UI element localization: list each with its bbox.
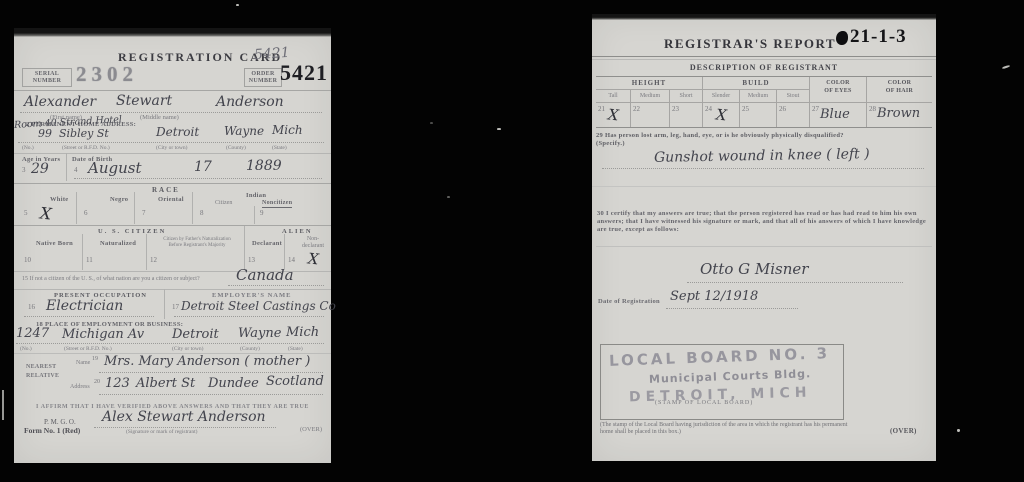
relative-address-country: Scotland: [266, 374, 324, 389]
home-address-no-street: 99 Sibley St: [38, 127, 109, 140]
divider: [76, 192, 77, 224]
divider: [244, 226, 245, 270]
registrars-report-card: REGISTRAR'S REPORT 21-1-3 DESCRIPTION OF…: [592, 14, 936, 461]
stout-label: Stout: [777, 90, 810, 103]
registrar-signature-underline: [687, 282, 903, 283]
occupation-value: Electrician: [46, 298, 123, 314]
form-number-line: Form No. 1 (Red): [24, 426, 80, 435]
registrar-signature: Otto G Misner: [700, 260, 808, 278]
dust-speck: [497, 128, 501, 130]
order-label-box: ORDER NUMBER: [244, 68, 282, 87]
relative-address-label: Address: [70, 384, 90, 391]
divider: [82, 234, 83, 270]
address-no-sublabel: (No.): [22, 145, 34, 152]
name-middle: Stewart: [116, 93, 172, 109]
slender-cell: 24X: [703, 103, 740, 127]
birth-underline: [74, 178, 322, 179]
question29-line1: 29 Has person lost arm, leg, hand, eye, …: [596, 132, 844, 139]
citizen-by-father-label: Citizen by Father's Naturalization Befor…: [154, 237, 240, 248]
birth-item-number: 4: [74, 166, 78, 174]
dust-speck: [1002, 65, 1010, 69]
relative-address-city: Dundee: [208, 376, 259, 391]
serial-number-value: 2302: [76, 62, 138, 87]
dust-speck: [447, 196, 450, 198]
divider: [254, 206, 255, 224]
alien-header: ALIEN: [282, 228, 313, 235]
employment-county: Wayne: [238, 326, 281, 341]
certification-paragraph: 30 I certify that my answers are true; t…: [597, 210, 931, 234]
form-org-line: P. M. G. O.: [44, 418, 76, 426]
stout-cell: 26: [777, 103, 810, 127]
hair-value: Brown: [877, 106, 920, 121]
divider: [134, 192, 135, 224]
name-first: Alexander: [24, 94, 96, 110]
citizen-by-father-number: 12: [150, 256, 157, 264]
order-label: ORDER NUMBER: [245, 71, 281, 85]
build-medium-cell: 25: [740, 103, 777, 127]
name-middle-sublabel: (Middle name): [140, 114, 179, 121]
divider: [146, 234, 147, 270]
employer-item-number: 17: [172, 303, 179, 311]
build-group-header: BUILD: [703, 77, 810, 90]
employment-underline: [16, 343, 324, 344]
employment-no-sublabel: (No.): [20, 346, 32, 353]
nondeclarant-mark: X: [307, 249, 320, 268]
employment-street: Michigan Av: [62, 327, 144, 342]
signature-underline: [94, 427, 276, 428]
employment-county-sublabel: (County): [240, 346, 260, 353]
name-last: Anderson: [216, 94, 284, 110]
question29-line2: (Specify.): [596, 140, 625, 147]
eyes-value: Blue: [820, 107, 850, 122]
board-stamp-box: LOCAL BOARD NO. 3 Municipal Courts Bldg.…: [600, 344, 844, 420]
relative-address-street: Albert St: [136, 376, 195, 391]
race-negro-label: Negro: [110, 196, 128, 203]
eyes-header: COLOR OF EYES: [810, 77, 867, 103]
birth-month: August: [88, 159, 141, 177]
dust-speck: [957, 429, 960, 432]
relative-name-underline: [99, 372, 323, 373]
declarant-label: Declarant: [252, 240, 282, 247]
naturalized-label: Naturalized: [100, 240, 136, 247]
race-negro-number: 6: [84, 209, 88, 217]
nearest-relative-label: NEAREST RELATIVE: [26, 364, 59, 380]
description-header: DESCRIPTION OF REGISTRANT: [592, 63, 936, 72]
nation-underline: [228, 285, 324, 286]
scan-edge-artifact: [2, 390, 4, 420]
over-note: (OVER): [300, 426, 322, 433]
divider: [192, 192, 193, 224]
employment-street-sublabel: (Street or R.F.D. No.): [64, 346, 112, 353]
home-address-city: Detroit: [156, 125, 199, 139]
race-white-label: White: [50, 196, 68, 203]
description-table: HEIGHT BUILD COLOR OF EYES COLOR OF HAIR…: [596, 76, 932, 128]
height-group-header: HEIGHT: [596, 77, 703, 90]
registration-card: REGISTRATION CARD 5421 SERIAL NUMBER 230…: [14, 28, 331, 463]
dust-speck: [236, 4, 239, 6]
divider: [592, 56, 936, 57]
native-born-number: 10: [24, 256, 31, 264]
employment-city-sublabel: (City or town): [172, 346, 203, 353]
address-underline: [18, 142, 324, 143]
age-item-number: 3: [22, 166, 26, 174]
native-born-label: Native Born: [36, 240, 73, 247]
race-citizen-number: 8: [200, 209, 204, 217]
race-white-number: 5: [24, 209, 28, 217]
serial-label-box: SERIAL NUMBER: [22, 68, 72, 87]
eyes-cell: 27Blue: [810, 103, 867, 127]
divider: [66, 153, 67, 181]
nondeclarant-label: Non- declarant: [302, 236, 324, 250]
date-underline: [666, 308, 798, 309]
registration-date-value: Sept 12/1918: [670, 289, 758, 304]
race-oriental-number: 7: [142, 209, 146, 217]
relative-address-number: 20: [94, 379, 100, 385]
birth-day: 17: [194, 159, 212, 175]
signature-sublabel: (Signature or mark of registrant): [126, 429, 197, 436]
dust-speck: [430, 122, 433, 124]
employer-value: Detroit Steel Castings Co: [181, 299, 336, 313]
slender-label: Slender: [703, 90, 740, 103]
registration-date-label: Date of Registration: [598, 298, 660, 305]
divider: [14, 289, 331, 290]
slender-mark: X: [715, 105, 728, 124]
race-oriental-label: Oriental: [158, 196, 184, 203]
declarant-number: 13: [248, 256, 255, 264]
stamp-box-caption: (The stamp of the Local Board having jur…: [600, 422, 850, 436]
hair-cell: 28Brown: [867, 103, 932, 127]
report-title: REGISTRAR'S REPORT: [664, 36, 836, 52]
ink-blob: [836, 31, 848, 45]
home-address-state: Mich: [272, 123, 303, 137]
divider: [14, 225, 331, 226]
race-indian-noncitizen-label: Noncitizen: [262, 200, 292, 208]
occupation-item-number: 16: [28, 303, 35, 311]
divider: [592, 186, 936, 187]
serial-label: SERIAL NUMBER: [23, 71, 71, 85]
hair-header: COLOR OF HAIR: [867, 77, 932, 103]
nation-question: 15 If not a citizen of the U. S., of wha…: [22, 276, 200, 283]
height-medium-cell: 22: [631, 103, 670, 127]
board-stamp-line3: DETROIT, MICH: [629, 385, 812, 406]
birth-year: 1889: [246, 158, 282, 174]
short-cell: 23: [670, 103, 703, 127]
build-medium-label: Medium: [740, 90, 777, 103]
relative-name-number: 19: [92, 356, 98, 362]
divider: [164, 289, 165, 319]
home-address-street: Sibley St: [59, 127, 109, 140]
tall-mark: X: [607, 105, 620, 124]
over-note: (OVER): [890, 428, 917, 435]
scan-shadow: [14, 28, 331, 37]
occupation-underline: [24, 316, 154, 317]
divider: [14, 183, 331, 184]
question29-answer: Gunshot wound in knee ( left ): [654, 146, 870, 166]
relative-address-underline: [99, 394, 323, 395]
relative-name-value: Mrs. Mary Anderson ( mother ): [104, 354, 310, 369]
board-code-value: 21-1-3: [850, 26, 907, 47]
relative-name-label: Name: [76, 360, 90, 367]
employment-city: Detroit: [172, 327, 219, 342]
registrant-signature: Alex Stewart Anderson: [102, 409, 266, 425]
short-label: Short: [670, 90, 703, 103]
nondeclarant-number: 14: [288, 256, 295, 264]
us-citizen-header: U. S. CITIZEN: [98, 228, 166, 235]
board-code-stamp: 21-1-3: [836, 26, 907, 48]
age-value: 29: [31, 161, 49, 177]
address-city-sublabel: (City or town): [156, 145, 187, 152]
naturalized-number: 11: [86, 256, 93, 264]
employer-underline: [174, 316, 324, 317]
race-header: RACE: [152, 186, 180, 194]
board-stamp-line2: Municipal Courts Bldg.: [649, 367, 812, 386]
divider: [592, 59, 936, 60]
employer-header: EMPLOYER'S NAME: [212, 292, 291, 299]
home-address-no: 99: [38, 127, 52, 140]
divider: [14, 153, 331, 154]
divider: [14, 90, 331, 91]
race-indian-citizen-label: Citizen: [215, 200, 232, 207]
tall-cell: 21X: [596, 103, 631, 127]
race-indian-label: Indian: [246, 192, 266, 199]
answer-underline: [602, 168, 924, 169]
home-address-county: Wayne: [224, 124, 264, 138]
relative-address-no: 123: [105, 376, 130, 391]
employment-state: Mich: [286, 325, 319, 340]
employment-state-sublabel: (State): [288, 346, 303, 353]
employment-no: 1247: [16, 326, 49, 341]
address-county-sublabel: (County): [226, 145, 246, 152]
height-medium-label: Medium: [631, 90, 670, 103]
nation-answer: Canada: [236, 266, 294, 284]
tall-label: Tall: [596, 90, 631, 103]
name-underline: [20, 112, 322, 113]
address-street-sublabel: (Street or R.F.D. No.): [62, 145, 110, 152]
race-noncitizen-number: 9: [260, 209, 264, 217]
address-state-sublabel: (State): [272, 145, 287, 152]
order-number-value: 5421: [280, 60, 328, 86]
divider: [284, 234, 285, 270]
divider: [596, 246, 932, 247]
board-stamp-line1: LOCAL BOARD NO. 3: [609, 344, 831, 370]
scan-shadow: [592, 14, 936, 20]
race-white-mark: X: [39, 203, 52, 223]
